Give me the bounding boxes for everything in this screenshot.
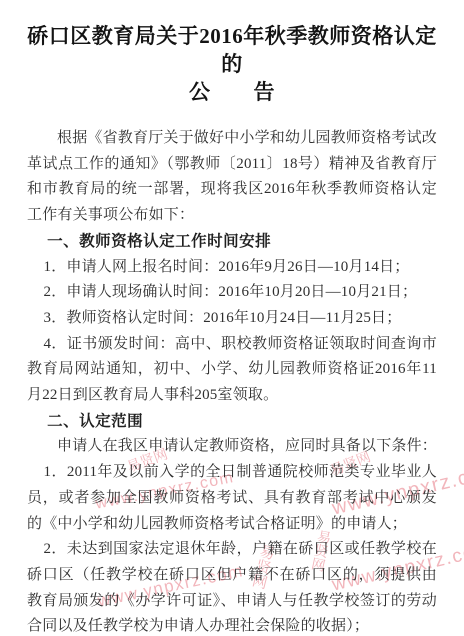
document-body: 根据《省教育厅关于做好中小学和幼儿园教师资格考试改革试点工作的通知》（鄂教师〔2… — [27, 126, 437, 636]
announcement-page: 易贤网 www.ynpxrz.com 易贤网 www.ynpxrz.com 易贤… — [0, 0, 464, 636]
section2-heading: 二、认定范围 — [27, 409, 437, 435]
title-line-2: 公 告 — [27, 78, 437, 106]
intro-paragraph: 根据《省教育厅关于做好中小学和幼儿园教师资格考试改革试点工作的通知》（鄂教师〔2… — [27, 126, 437, 229]
announcement-title: 硚口区教育局关于2016年秋季教师资格认定的 公 告 — [27, 22, 437, 106]
section2-intro: 申请人在我区申请认定教师资格，应同时具备以下条件： — [27, 434, 437, 460]
document-content: 硚口区教育局关于2016年秋季教师资格认定的 公 告 根据《省教育厅关于做好中小… — [27, 22, 437, 636]
section1-item-2: 2．申请人现场确认时间：2016年10月20日—10月21日； — [27, 280, 437, 306]
section2-item-2: 2．未达到国家法定退休年龄，户籍在硚口区或任教学校在硚口区（任教学校在硚口区但户… — [27, 537, 437, 636]
section2-item-1: 1．2011年及以前入学的全日制普通院校师范类专业毕业人员，或者参加全国教师资格… — [27, 460, 437, 537]
title-line-1: 硚口区教育局关于2016年秋季教师资格认定的 — [27, 22, 437, 78]
section1-item-1: 1．申请人网上报名时间：2016年9月26日—10月14日； — [27, 255, 437, 281]
section1-item-3: 3．教师资格认定时间：2016年10月24日—11月25日； — [27, 306, 437, 332]
section1-heading: 一、教师资格认定工作时间安排 — [27, 229, 437, 255]
section1-item-4: 4．证书颁发时间：高中、职校教师资格证领取时间查询市教育局网站通知，初中、小学、… — [27, 332, 437, 409]
